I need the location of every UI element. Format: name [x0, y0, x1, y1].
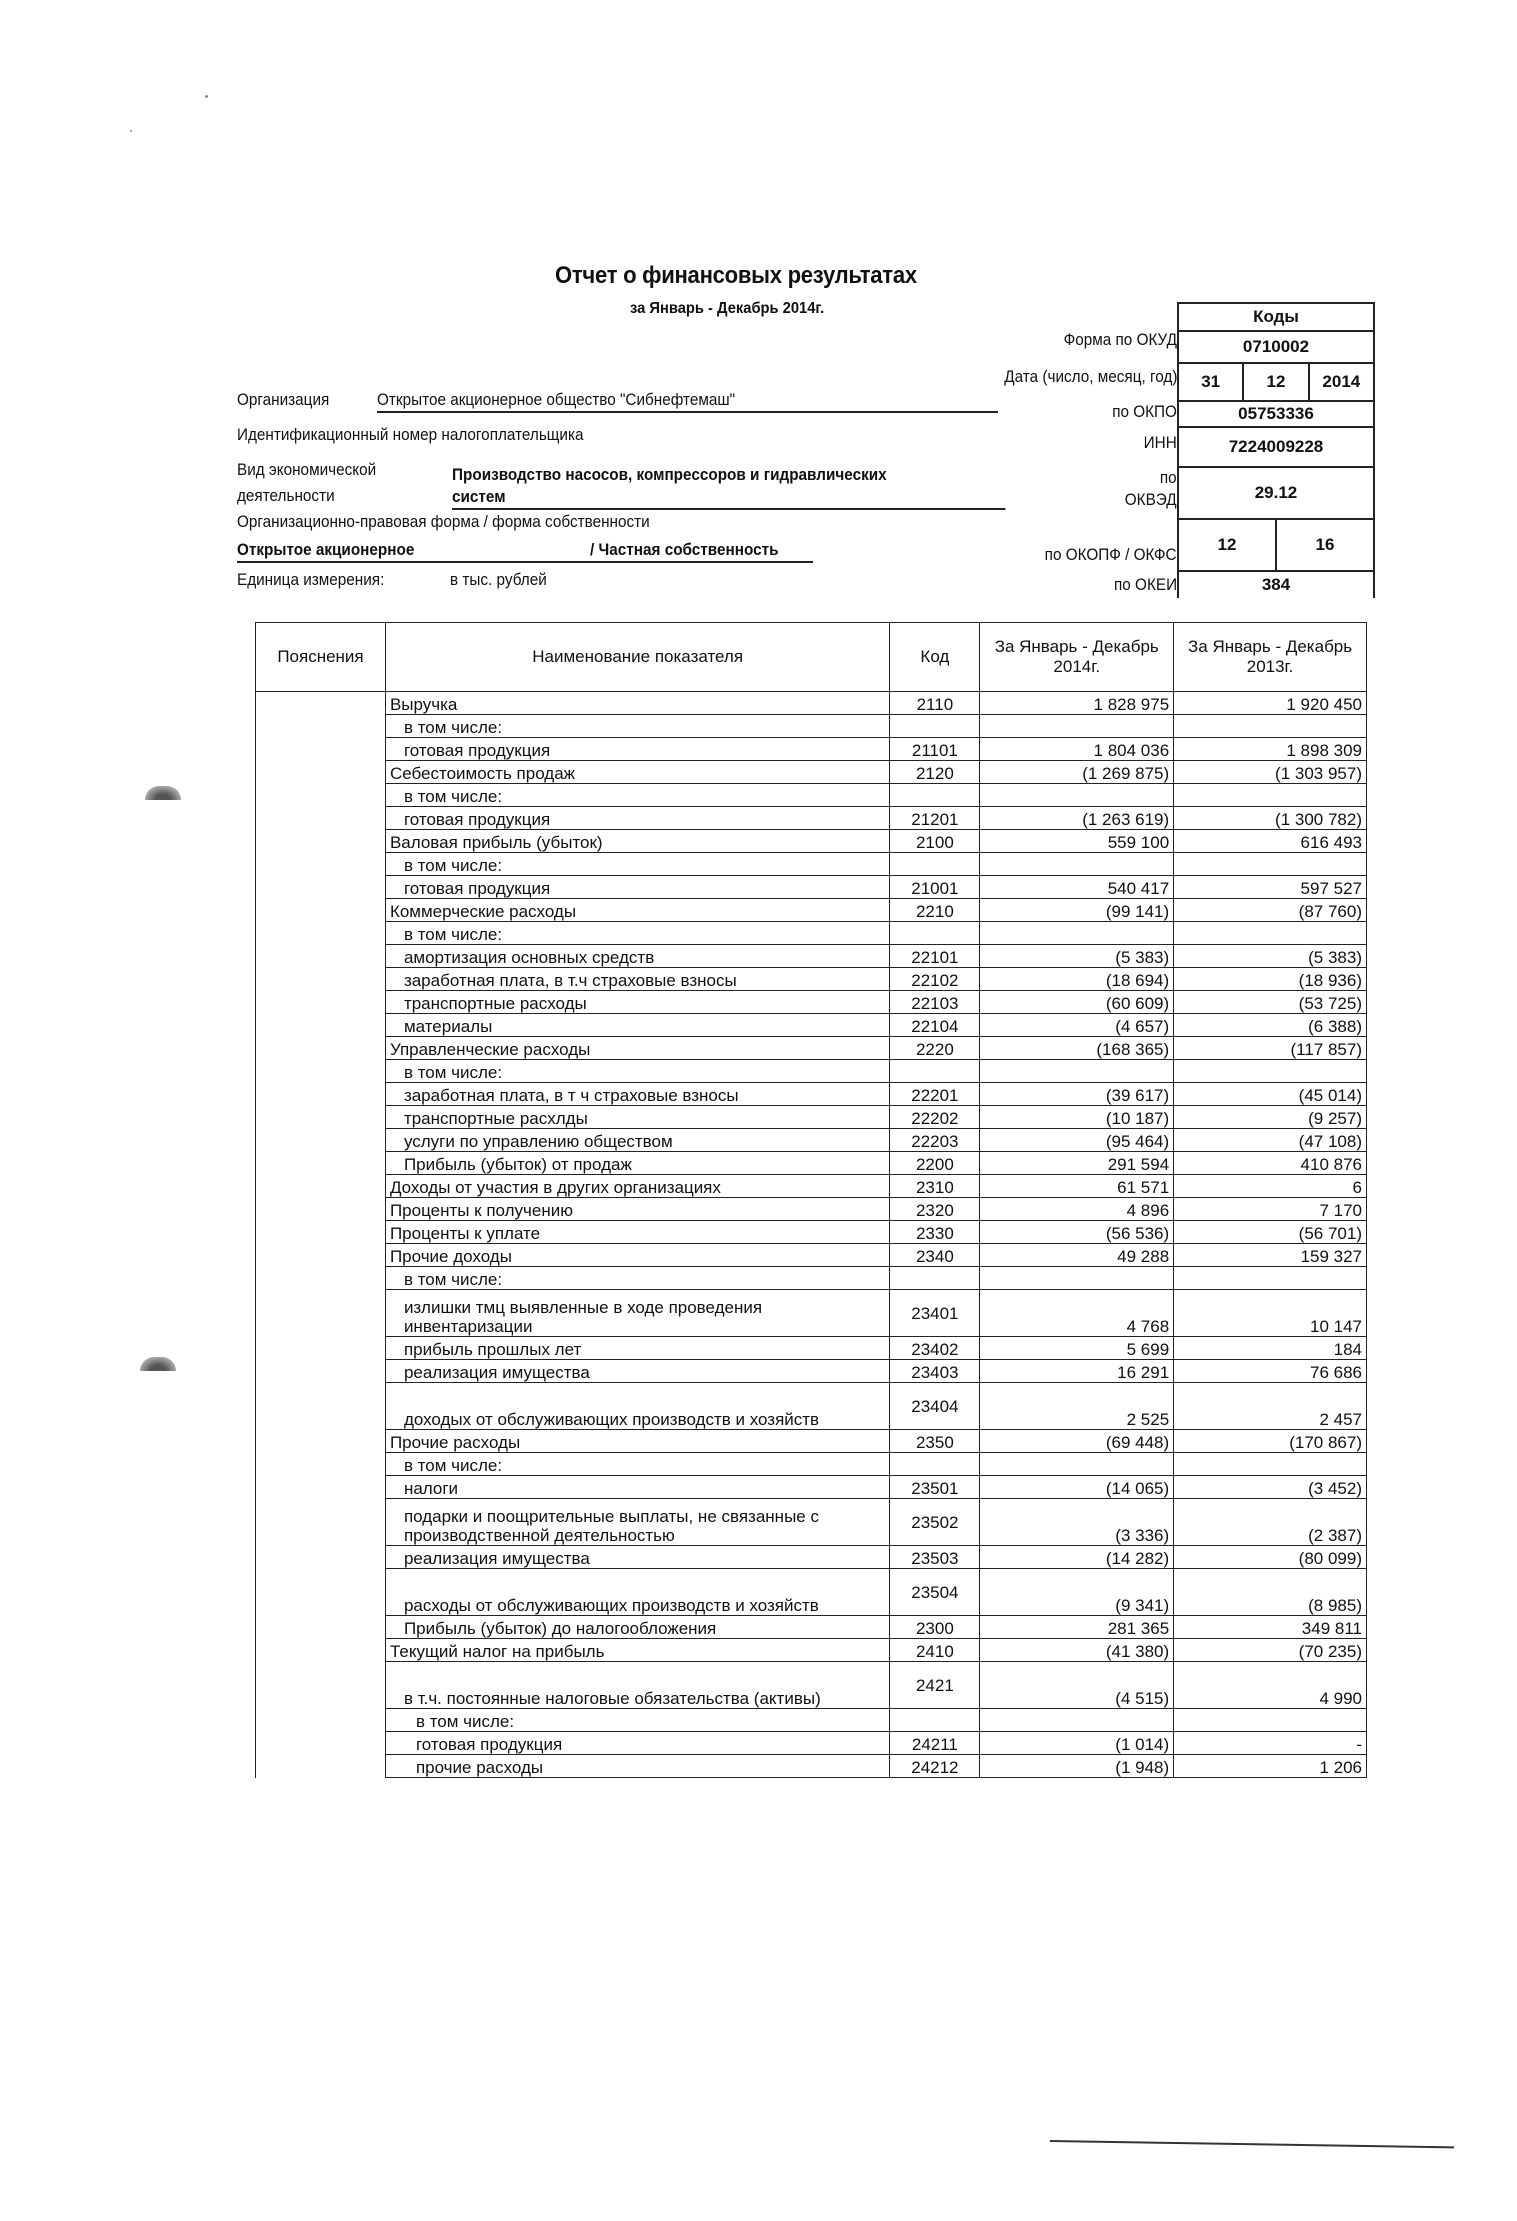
unit-value: в тыс. рублей [450, 570, 547, 590]
cell-explanation [256, 991, 386, 1014]
cell-indicator-name: в том числе: [385, 784, 889, 807]
cell-previous-value [1174, 1709, 1367, 1732]
cell-previous-value: 1 920 450 [1174, 692, 1367, 715]
cell-indicator-name: в том числе: [385, 1453, 889, 1476]
cell-explanation [256, 1152, 386, 1175]
cell-code: 23404 [890, 1383, 980, 1430]
cell-explanation [256, 1453, 386, 1476]
cell-indicator-name: Прочие доходы [385, 1244, 889, 1267]
cell-indicator-name: подарки и поощрительные выплаты, не связ… [385, 1499, 889, 1546]
org-value: Открытое акционерное общество "Сибнефтем… [377, 390, 998, 413]
cell-code [890, 784, 980, 807]
cell-code: 2200 [890, 1152, 980, 1175]
date-year: 2014 [1308, 364, 1373, 400]
table-row: в том числе: [256, 1060, 1367, 1083]
table-row: прочие расходы24212(1 948)1 206 [256, 1755, 1367, 1778]
cell-current-value: 49 288 [980, 1244, 1174, 1267]
date-label: Дата (число, месяц, год) [1004, 367, 1177, 387]
cell-code: 22101 [890, 945, 980, 968]
cell-previous-value: 159 327 [1174, 1244, 1367, 1267]
cell-explanation [256, 899, 386, 922]
cell-previous-value: 4 990 [1174, 1662, 1367, 1709]
table-header-row: Пояснения Наименование показателя Код За… [256, 623, 1367, 692]
cell-previous-value: (80 099) [1174, 1546, 1367, 1569]
cell-code: 23501 [890, 1476, 980, 1499]
cell-indicator-name: амортизация основных средств [385, 945, 889, 968]
table-row: готовая продукция21201(1 263 619)(1 300 … [256, 807, 1367, 830]
table-row: Доходы от участия в других организациях2… [256, 1175, 1367, 1198]
table-row: амортизация основных средств22101(5 383)… [256, 945, 1367, 968]
cell-previous-value: (117 857) [1174, 1037, 1367, 1060]
cell-current-value: (5 383) [980, 945, 1174, 968]
cell-previous-value: 10 147 [1174, 1290, 1367, 1337]
cell-explanation [256, 1499, 386, 1546]
cell-code: 24212 [890, 1755, 980, 1778]
cell-code: 23401 [890, 1290, 980, 1337]
cell-code: 2220 [890, 1037, 980, 1060]
table-row: излишки тмц выявленные в ходе проведения… [256, 1290, 1367, 1337]
table-row: налоги23501(14 065)(3 452) [256, 1476, 1367, 1499]
header-code: Код [890, 623, 980, 692]
okpo-value: 05753336 [1179, 402, 1373, 428]
okved-value: 29.12 [1179, 468, 1373, 520]
cell-code: 23403 [890, 1360, 980, 1383]
cell-previous-value: (87 760) [1174, 899, 1367, 922]
cell-explanation [256, 1662, 386, 1709]
cell-current-value: 16 291 [980, 1360, 1174, 1383]
cell-current-value: (95 464) [980, 1129, 1174, 1152]
cell-current-value: 1 828 975 [980, 692, 1174, 715]
cell-indicator-name: Коммерческие расходы [385, 899, 889, 922]
cell-current-value: 61 571 [980, 1175, 1174, 1198]
cell-previous-value: (70 235) [1174, 1639, 1367, 1662]
cell-code: 2421 [890, 1662, 980, 1709]
cell-current-value: (1 014) [980, 1732, 1174, 1755]
table-row: в том числе: [256, 715, 1367, 738]
cell-indicator-name: Проценты к получению [385, 1198, 889, 1221]
cell-indicator-name: реализация имущества [385, 1546, 889, 1569]
okud-value: 0710002 [1179, 332, 1373, 364]
header-current-period: За Январь - Декабрь 2014г. [980, 623, 1174, 692]
cell-explanation [256, 1244, 386, 1267]
cell-indicator-name: реализация имущества [385, 1360, 889, 1383]
cell-explanation [256, 1569, 386, 1616]
table-row: заработная плата, в т ч страховые взносы… [256, 1083, 1367, 1106]
okud-label: Форма по ОКУД [1064, 330, 1177, 350]
cell-indicator-name: в том числе: [385, 715, 889, 738]
okei-label: по ОКЕИ [1114, 575, 1177, 595]
cell-indicator-name: в том числе: [385, 1267, 889, 1290]
table-row: Выручка21101 828 9751 920 450 [256, 692, 1367, 715]
cell-previous-value: 349 811 [1174, 1616, 1367, 1639]
cell-indicator-name: Управленческие расходы [385, 1037, 889, 1060]
cell-current-value: (99 141) [980, 899, 1174, 922]
cell-indicator-name: Валовая прибыль (убыток) [385, 830, 889, 853]
table-row: в том числе: [256, 853, 1367, 876]
cell-code: 2410 [890, 1639, 980, 1662]
table-row: расходы от обслуживающих производств и х… [256, 1569, 1367, 1616]
cell-code: 23502 [890, 1499, 980, 1546]
cell-current-value: 4 896 [980, 1198, 1174, 1221]
cell-code: 22201 [890, 1083, 980, 1106]
okopf-okfs-values: 12 16 [1179, 520, 1373, 572]
table-row: Прочие доходы234049 288159 327 [256, 1244, 1367, 1267]
cell-explanation [256, 945, 386, 968]
table-row: прибыль прошлых лет234025 699184 [256, 1337, 1367, 1360]
table-row: в том числе: [256, 1453, 1367, 1476]
cell-code: 2210 [890, 899, 980, 922]
cell-current-value: (1 948) [980, 1755, 1174, 1778]
cell-explanation [256, 1175, 386, 1198]
cell-previous-value: 1 206 [1174, 1755, 1367, 1778]
cell-explanation [256, 1546, 386, 1569]
table-row: подарки и поощрительные выплаты, не связ… [256, 1499, 1367, 1546]
ownership-value: / Частная собственность [590, 540, 779, 560]
okopf-value: 12 [1179, 520, 1275, 570]
punch-hole-mark [145, 786, 181, 800]
cell-indicator-name: готовая продукция [385, 876, 889, 899]
cell-previous-value: (8 985) [1174, 1569, 1367, 1616]
cell-previous-value [1174, 1060, 1367, 1083]
activity-value-1: Производство насосов, компрессоров и гид… [452, 465, 887, 485]
cell-code: 23504 [890, 1569, 980, 1616]
cell-indicator-name: расходы от обслуживающих производств и х… [385, 1569, 889, 1616]
cell-indicator-name: в т.ч. постоянные налоговые обязательств… [385, 1662, 889, 1709]
cell-code: 21101 [890, 738, 980, 761]
activity-value-2: систем [452, 487, 1006, 510]
okei-value: 384 [1179, 572, 1373, 598]
cell-previous-value: 597 527 [1174, 876, 1367, 899]
cell-code: 22203 [890, 1129, 980, 1152]
cell-current-value: 281 365 [980, 1616, 1174, 1639]
cell-current-value: (3 336) [980, 1499, 1174, 1546]
cell-indicator-name: транспортные расходы [385, 991, 889, 1014]
cell-indicator-name: в том числе: [385, 1709, 889, 1732]
cell-code [890, 922, 980, 945]
okopf-label: по ОКОПФ / ОКФС [1045, 545, 1177, 565]
cell-explanation [256, 1476, 386, 1499]
cell-explanation [256, 922, 386, 945]
table-row: Прочие расходы2350(69 448)(170 867) [256, 1430, 1367, 1453]
report-title: Отчет о финансовых результатах [555, 262, 917, 290]
cell-indicator-name: Прибыль (убыток) от продаж [385, 1152, 889, 1175]
table-row: в том числе: [256, 784, 1367, 807]
table-row: Текущий налог на прибыль2410(41 380)(70 … [256, 1639, 1367, 1662]
table-row: в том числе: [256, 1709, 1367, 1732]
table-row: Прибыль (убыток) до налогообложения23002… [256, 1616, 1367, 1639]
cell-indicator-name: услуги по управлению обществом [385, 1129, 889, 1152]
cell-current-value [980, 784, 1174, 807]
cell-explanation [256, 853, 386, 876]
cell-explanation [256, 807, 386, 830]
cell-previous-value [1174, 853, 1367, 876]
cell-indicator-name: готовая продукция [385, 738, 889, 761]
cell-explanation [256, 1616, 386, 1639]
cell-code [890, 1453, 980, 1476]
cell-current-value: (1 269 875) [980, 761, 1174, 784]
cell-previous-value: 7 170 [1174, 1198, 1367, 1221]
cell-current-value: 291 594 [980, 1152, 1174, 1175]
cell-indicator-name: готовая продукция [385, 807, 889, 830]
cell-current-value: (69 448) [980, 1430, 1174, 1453]
cell-indicator-name: прочие расходы [385, 1755, 889, 1778]
punch-hole-mark [140, 1357, 176, 1371]
cell-current-value: (4 515) [980, 1662, 1174, 1709]
org-label: Организация [237, 390, 329, 410]
scan-speck [205, 95, 208, 98]
header-explanations: Пояснения [256, 623, 386, 692]
legal-form-label: Организационно-правовая форма / форма со… [237, 512, 650, 532]
cell-current-value: (41 380) [980, 1639, 1174, 1662]
cell-explanation [256, 784, 386, 807]
cell-explanation [256, 876, 386, 899]
cell-previous-value: (5 383) [1174, 945, 1367, 968]
cell-explanation [256, 1337, 386, 1360]
cell-indicator-name: Доходы от участия в других организациях [385, 1175, 889, 1198]
table-row: в том числе: [256, 1267, 1367, 1290]
cell-code: 22103 [890, 991, 980, 1014]
okfs-value: 16 [1275, 520, 1373, 570]
cell-current-value [980, 1453, 1174, 1476]
report-period: за Январь - Декабрь 2014г. [630, 300, 824, 318]
cell-previous-value: (1 300 782) [1174, 807, 1367, 830]
cell-indicator-name: прибыль прошлых лет [385, 1337, 889, 1360]
table-row: материалы22104(4 657)(6 388) [256, 1014, 1367, 1037]
cell-explanation [256, 761, 386, 784]
cell-explanation [256, 1383, 386, 1430]
cell-current-value: (14 065) [980, 1476, 1174, 1499]
table-row: готовая продукция211011 804 0361 898 309 [256, 738, 1367, 761]
cell-code: 2340 [890, 1244, 980, 1267]
cell-indicator-name: налоги [385, 1476, 889, 1499]
cell-current-value [980, 1060, 1174, 1083]
table-row: в том числе: [256, 922, 1367, 945]
inn-value: 7224009228 [1179, 428, 1373, 468]
date-day: 31 [1179, 364, 1242, 400]
cell-code: 22104 [890, 1014, 980, 1037]
cell-code [890, 1267, 980, 1290]
cell-previous-value: (45 014) [1174, 1083, 1367, 1106]
cell-previous-value: (3 452) [1174, 1476, 1367, 1499]
cell-code [890, 1709, 980, 1732]
table-row: готовая продукция24211(1 014)- [256, 1732, 1367, 1755]
cell-indicator-name: в том числе: [385, 922, 889, 945]
unit-label: Единица измерения: [237, 570, 384, 590]
cell-previous-value [1174, 922, 1367, 945]
cell-explanation [256, 1755, 386, 1778]
table-body: Выручка21101 828 9751 920 450в том числе… [256, 692, 1367, 1778]
cell-current-value [980, 853, 1174, 876]
cell-current-value: (168 365) [980, 1037, 1174, 1060]
cell-code: 22202 [890, 1106, 980, 1129]
cell-current-value: (14 282) [980, 1546, 1174, 1569]
cell-indicator-name: в том числе: [385, 1060, 889, 1083]
cell-current-value: (9 341) [980, 1569, 1174, 1616]
table-row: в т.ч. постоянные налоговые обязательств… [256, 1662, 1367, 1709]
cell-explanation [256, 1732, 386, 1755]
cell-previous-value: (6 388) [1174, 1014, 1367, 1037]
cell-code: 2320 [890, 1198, 980, 1221]
cell-code: 23503 [890, 1546, 980, 1569]
cell-code: 2350 [890, 1430, 980, 1453]
cell-current-value: (56 536) [980, 1221, 1174, 1244]
cell-code: 2100 [890, 830, 980, 853]
cell-explanation [256, 1360, 386, 1383]
cell-code: 2120 [890, 761, 980, 784]
cell-explanation [256, 1014, 386, 1037]
table-row: Прибыль (убыток) от продаж2200291 594410… [256, 1152, 1367, 1175]
cell-explanation [256, 830, 386, 853]
cell-indicator-name: заработная плата, в т.ч страховые взносы [385, 968, 889, 991]
cell-code: 2300 [890, 1616, 980, 1639]
cell-indicator-name: Прибыль (убыток) до налогообложения [385, 1616, 889, 1639]
cell-explanation [256, 1430, 386, 1453]
cell-explanation [256, 1221, 386, 1244]
financial-results-table: Пояснения Наименование показателя Код За… [255, 622, 1367, 1778]
cell-code: 23402 [890, 1337, 980, 1360]
cell-explanation [256, 1267, 386, 1290]
table-row: Коммерческие расходы2210(99 141)(87 760) [256, 899, 1367, 922]
cell-explanation [256, 715, 386, 738]
scan-speck [130, 130, 132, 132]
table-row: Проценты к уплате2330(56 536)(56 701) [256, 1221, 1367, 1244]
cell-current-value: 4 768 [980, 1290, 1174, 1337]
date-month: 12 [1242, 364, 1307, 400]
table-row: Себестоимость продаж2120(1 269 875)(1 30… [256, 761, 1367, 784]
cell-previous-value: (53 725) [1174, 991, 1367, 1014]
cell-explanation [256, 1129, 386, 1152]
codes-heading: Коды [1179, 304, 1373, 332]
cell-previous-value: (1 303 957) [1174, 761, 1367, 784]
cell-code: 22102 [890, 968, 980, 991]
cell-indicator-name: в том числе: [385, 853, 889, 876]
taxpayer-id-label: Идентификационный номер налогоплательщик… [237, 425, 583, 445]
cell-current-value: (60 609) [980, 991, 1174, 1014]
cell-previous-value: (170 867) [1174, 1430, 1367, 1453]
cell-previous-value: (2 387) [1174, 1499, 1367, 1546]
cell-previous-value: 2 457 [1174, 1383, 1367, 1430]
cell-code: 21201 [890, 807, 980, 830]
table-row: заработная плата, в т.ч страховые взносы… [256, 968, 1367, 991]
activity-label-1: Вид экономической [237, 460, 376, 480]
cell-current-value: 1 804 036 [980, 738, 1174, 761]
cell-explanation [256, 968, 386, 991]
cell-previous-value: (18 936) [1174, 968, 1367, 991]
cell-indicator-name: Прочие расходы [385, 1430, 889, 1453]
cell-indicator-name: Себестоимость продаж [385, 761, 889, 784]
cell-previous-value: 616 493 [1174, 830, 1367, 853]
cell-current-value: 5 699 [980, 1337, 1174, 1360]
table-row: Валовая прибыль (убыток)2100559 100616 4… [256, 830, 1367, 853]
cell-current-value: 559 100 [980, 830, 1174, 853]
table-row: транспортные расходы22103(60 609)(53 725… [256, 991, 1367, 1014]
cell-indicator-name: Проценты к уплате [385, 1221, 889, 1244]
cell-current-value: (1 263 619) [980, 807, 1174, 830]
codes-box: Коды 0710002 31 12 2014 05753336 7224009… [1177, 302, 1375, 598]
cell-indicator-name: готовая продукция [385, 1732, 889, 1755]
inn-code-label: ИНН [1144, 433, 1177, 453]
table-row: доходых от обслуживающих производств и х… [256, 1383, 1367, 1430]
cell-current-value: (39 617) [980, 1083, 1174, 1106]
cell-explanation [256, 1639, 386, 1662]
cell-previous-value: - [1174, 1732, 1367, 1755]
table-row: Проценты к получению23204 8967 170 [256, 1198, 1367, 1221]
cell-explanation [256, 1083, 386, 1106]
cell-previous-value [1174, 715, 1367, 738]
date-values: 31 12 2014 [1179, 364, 1373, 402]
cell-indicator-name: излишки тмц выявленные в ходе проведения… [385, 1290, 889, 1337]
okved-label-1: по [1160, 468, 1177, 488]
cell-previous-value: (9 257) [1174, 1106, 1367, 1129]
cell-code [890, 1060, 980, 1083]
cell-current-value [980, 922, 1174, 945]
cell-current-value [980, 1709, 1174, 1732]
cell-indicator-name: доходых от обслуживающих производств и х… [385, 1383, 889, 1430]
cell-current-value: (4 657) [980, 1014, 1174, 1037]
table-row: реализация имущества2340316 29176 686 [256, 1360, 1367, 1383]
activity-label-2: деятельности [237, 486, 335, 506]
cell-indicator-name: Текущий налог на прибыль [385, 1639, 889, 1662]
cell-current-value: (10 187) [980, 1106, 1174, 1129]
cell-previous-value: 410 876 [1174, 1152, 1367, 1175]
table-row: реализация имущества23503(14 282)(80 099… [256, 1546, 1367, 1569]
cell-previous-value [1174, 784, 1367, 807]
cell-explanation [256, 1290, 386, 1337]
header-previous-period: За Январь - Декабрь 2013г. [1174, 623, 1367, 692]
okpo-label: по ОКПО [1112, 402, 1177, 422]
cell-code: 2330 [890, 1221, 980, 1244]
table-row: Управленческие расходы2220(168 365)(117 … [256, 1037, 1367, 1060]
okved-label-2: ОКВЭД [1125, 490, 1177, 510]
cell-previous-value: 76 686 [1174, 1360, 1367, 1383]
cell-previous-value: 1 898 309 [1174, 738, 1367, 761]
header-name: Наименование показателя [385, 623, 889, 692]
cell-explanation [256, 1037, 386, 1060]
cell-indicator-name: материалы [385, 1014, 889, 1037]
cell-explanation [256, 1060, 386, 1083]
cell-explanation [256, 1106, 386, 1129]
table-row: услуги по управлению обществом22203(95 4… [256, 1129, 1367, 1152]
cell-code: 2110 [890, 692, 980, 715]
cell-code: 21001 [890, 876, 980, 899]
cell-indicator-name: транспортные расхлды [385, 1106, 889, 1129]
cell-previous-value [1174, 1453, 1367, 1476]
cell-current-value [980, 1267, 1174, 1290]
cell-previous-value: (56 701) [1174, 1221, 1367, 1244]
cell-previous-value: 184 [1174, 1337, 1367, 1360]
cell-indicator-name: Выручка [385, 692, 889, 715]
cell-current-value: (18 694) [980, 968, 1174, 991]
cell-code [890, 853, 980, 876]
cell-previous-value: (47 108) [1174, 1129, 1367, 1152]
cell-code: 24211 [890, 1732, 980, 1755]
cell-explanation [256, 738, 386, 761]
table-row: готовая продукция21001540 417597 527 [256, 876, 1367, 899]
cell-previous-value [1174, 1267, 1367, 1290]
cell-previous-value: 6 [1174, 1175, 1367, 1198]
cell-explanation [256, 1198, 386, 1221]
cell-current-value: 2 525 [980, 1383, 1174, 1430]
cell-code: 2310 [890, 1175, 980, 1198]
cell-code [890, 715, 980, 738]
cell-current-value [980, 715, 1174, 738]
cell-current-value: 540 417 [980, 876, 1174, 899]
cell-explanation [256, 692, 386, 715]
footer-rule [1050, 2140, 1454, 2148]
cell-explanation [256, 1709, 386, 1732]
cell-indicator-name: заработная плата, в т ч страховые взносы [385, 1083, 889, 1106]
table-row: транспортные расхлды22202(10 187)(9 257) [256, 1106, 1367, 1129]
